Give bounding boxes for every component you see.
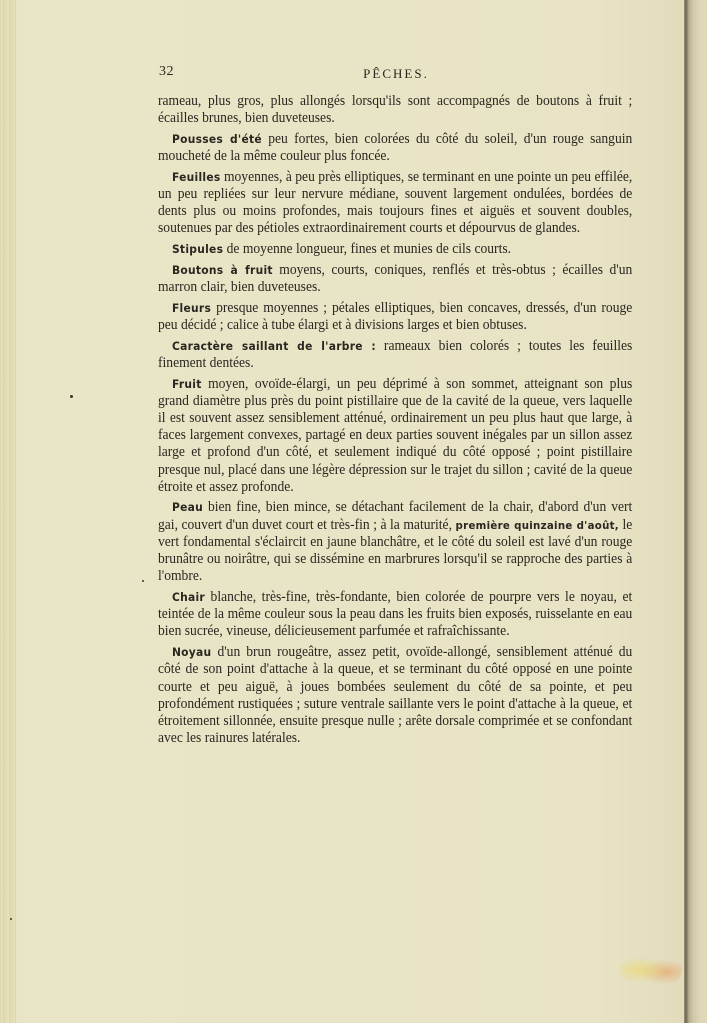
term-heading: Fleurs <box>172 301 211 315</box>
book-page: 32 PÊCHES. rameau, plus gros, plus allon… <box>0 0 684 1023</box>
bleed-through-stain <box>620 950 682 990</box>
ink-speck <box>70 395 73 398</box>
paragraph-text: blanche, très-fine, très-fondante, bien … <box>158 589 632 639</box>
paragraph-text: d'un brun rougeâtre, assez petit, ovoïde… <box>158 644 632 746</box>
paragraph-text: presque moyennes ; pétales elliptiques, … <box>158 300 632 333</box>
term-heading: Stipules <box>172 242 223 256</box>
ripening-period: première quinzaine d'août, <box>456 519 619 532</box>
page-header: 32 PÊCHES. <box>159 64 633 84</box>
term-heading: Noyau <box>172 645 211 659</box>
paragraph-text: moyen, ovoïde-élargi, un peu déprimé à s… <box>158 376 632 495</box>
paragraph-text: rameau, plus gros, plus allongés lorsqu'… <box>158 93 632 126</box>
paragraph-noyau: Noyau d'un brun rougeâtre, assez petit, … <box>158 644 632 747</box>
ink-speck <box>142 580 144 582</box>
paragraph-text: de moyenne longueur, fines et munies de … <box>223 241 511 257</box>
paragraph-caractere: Caractère saillant de l'arbre : rameaux … <box>158 338 632 372</box>
running-head: PÊCHES. <box>159 66 633 82</box>
book-gutter-shadow <box>684 0 707 1023</box>
paragraph-chair: Chair blanche, très-fine, très-fondante,… <box>158 589 632 641</box>
paragraph-text: moyennes, à peu près elliptiques, se ter… <box>158 169 632 237</box>
paragraph-pousses: Pousses d'été peu fortes, bien colorées … <box>158 131 632 165</box>
term-heading: Caractère saillant de l'arbre : <box>172 339 376 353</box>
paragraph-peau: Peau bien fine, bien mince, se détachant… <box>158 499 632 585</box>
term-heading: Boutons à fruit <box>172 263 273 277</box>
page-stack-edge <box>0 0 16 1023</box>
body-text: rameau, plus gros, plus allongés lorsqu'… <box>158 93 632 751</box>
paragraph-feuilles: Feuilles moyennes, à peu près elliptique… <box>158 169 632 238</box>
ink-speck <box>10 918 12 920</box>
term-heading: Fruit <box>172 377 202 391</box>
paragraph-continuation: rameau, plus gros, plus allongés lorsqu'… <box>158 93 632 127</box>
term-heading: Feuilles <box>172 170 221 184</box>
term-heading: Chair <box>172 590 205 604</box>
paragraph-stipules: Stipules de moyenne longueur, fines et m… <box>158 241 632 258</box>
term-heading: Pousses d'été <box>172 132 262 146</box>
term-heading: Peau <box>172 500 203 514</box>
paragraph-fleurs: Fleurs presque moyennes ; pétales ellipt… <box>158 300 632 334</box>
paragraph-boutons: Boutons à fruit moyens, courts, coniques… <box>158 262 632 296</box>
paragraph-fruit: Fruit moyen, ovoïde-élargi, un peu dépri… <box>158 376 632 496</box>
